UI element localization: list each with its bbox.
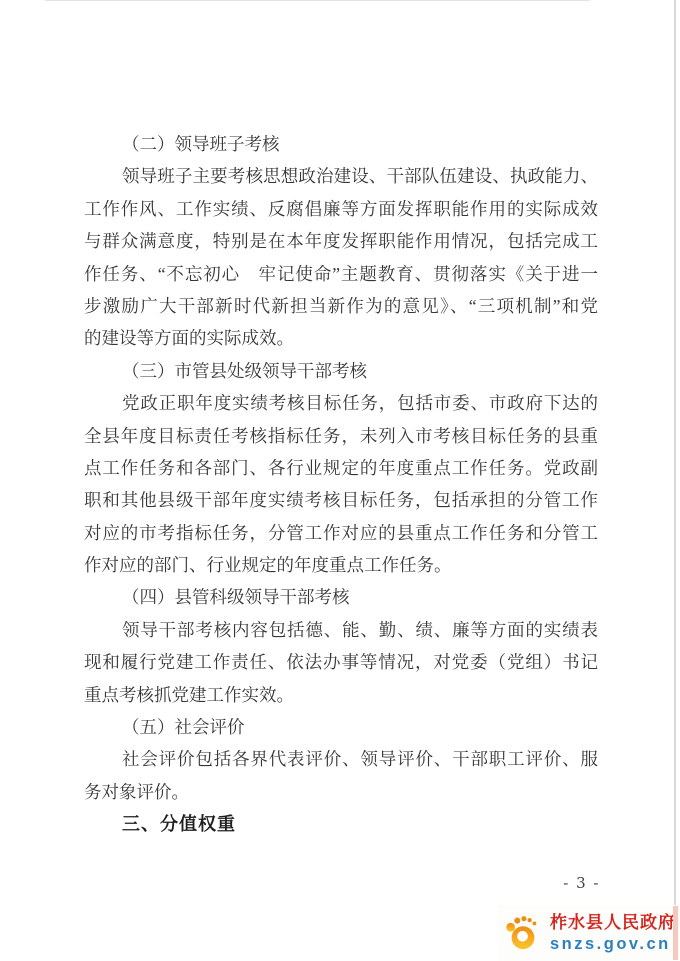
document-line: 点工作任务和各部门、各行业规定的年度重点工作任务。党政副	[84, 452, 598, 484]
document-line: 现和履行党建工作责任、依法办事等情况，对党委（党组）书记	[84, 646, 598, 678]
document-line: 步激励广大干部新时代新担当新作为的意见》、“三项机制”和党	[84, 290, 598, 322]
document-line: 党政正职年度实绩考核目标任务，包括市委、市政府下达的	[84, 387, 598, 419]
section-heading-3: （三）市管县处级领导干部考核	[84, 355, 598, 387]
page-number: - 3 -	[563, 874, 600, 892]
document-line: 对应的市考指标任务，分管工作对应的县重点工作任务和分管工	[84, 517, 598, 549]
paw-footprint-icon	[504, 911, 542, 958]
document-line: 作任务、“不忘初心 牢记使命”主题教育、贯彻落实《关于进一	[84, 258, 598, 290]
document-page-body: （二）领导班子考核 领导班子主要考核思想政治建设、干部队伍建设、执政能力、 工作…	[84, 128, 598, 841]
section-heading-2: （二）领导班子考核	[84, 128, 598, 160]
section-heading-5: （五）社会评价	[84, 711, 598, 743]
section-heading-4: （四）县管科级领导干部考核	[84, 581, 598, 613]
logo-pink-strip	[673, 906, 678, 960]
document-line: 重点考核抓党建工作实效。	[84, 679, 598, 711]
document-line: 工作作风、工作实绩、反腐倡廉等方面发挥职能作用的实际成效	[84, 193, 598, 225]
document-line: 社会评价包括各界代表评价、领导评价、干部职工评价、服	[84, 743, 598, 775]
document-line: 与群众满意度，特别是在本年度发挥职能作用情况，包括完成工	[84, 225, 598, 257]
document-line: 职和其他县级干部年度实绩考核目标任务，包括承担的分管工作	[84, 484, 598, 516]
logo-text-block: 柞水县人民政府 snzs.gov.cn	[550, 912, 676, 954]
logo-org-name: 柞水县人民政府	[550, 912, 676, 934]
document-line: 务对象评价。	[84, 776, 598, 808]
document-line: 领导班子主要考核思想政治建设、干部队伍建设、执政能力、	[84, 160, 598, 192]
part-heading-3: 三、分值权重	[84, 808, 598, 840]
document-line: 的建设等方面的实际成效。	[84, 322, 598, 354]
document-line: 全县年度目标责任考核指标任务，未列入市考核目标任务的县重	[84, 420, 598, 452]
document-line: 领导干部考核内容包括德、能、勤、绩、廉等方面的实绩表	[84, 614, 598, 646]
scan-artifact-top-line	[45, 0, 590, 1]
scan-artifact-right-line	[674, 0, 676, 961]
logo-site-url[interactable]: snzs.gov.cn	[550, 934, 676, 954]
government-site-watermark[interactable]: 柞水县人民政府 snzs.gov.cn	[498, 905, 680, 961]
document-line: 作对应的部门、行业规定的年度重点工作任务。	[84, 549, 598, 581]
